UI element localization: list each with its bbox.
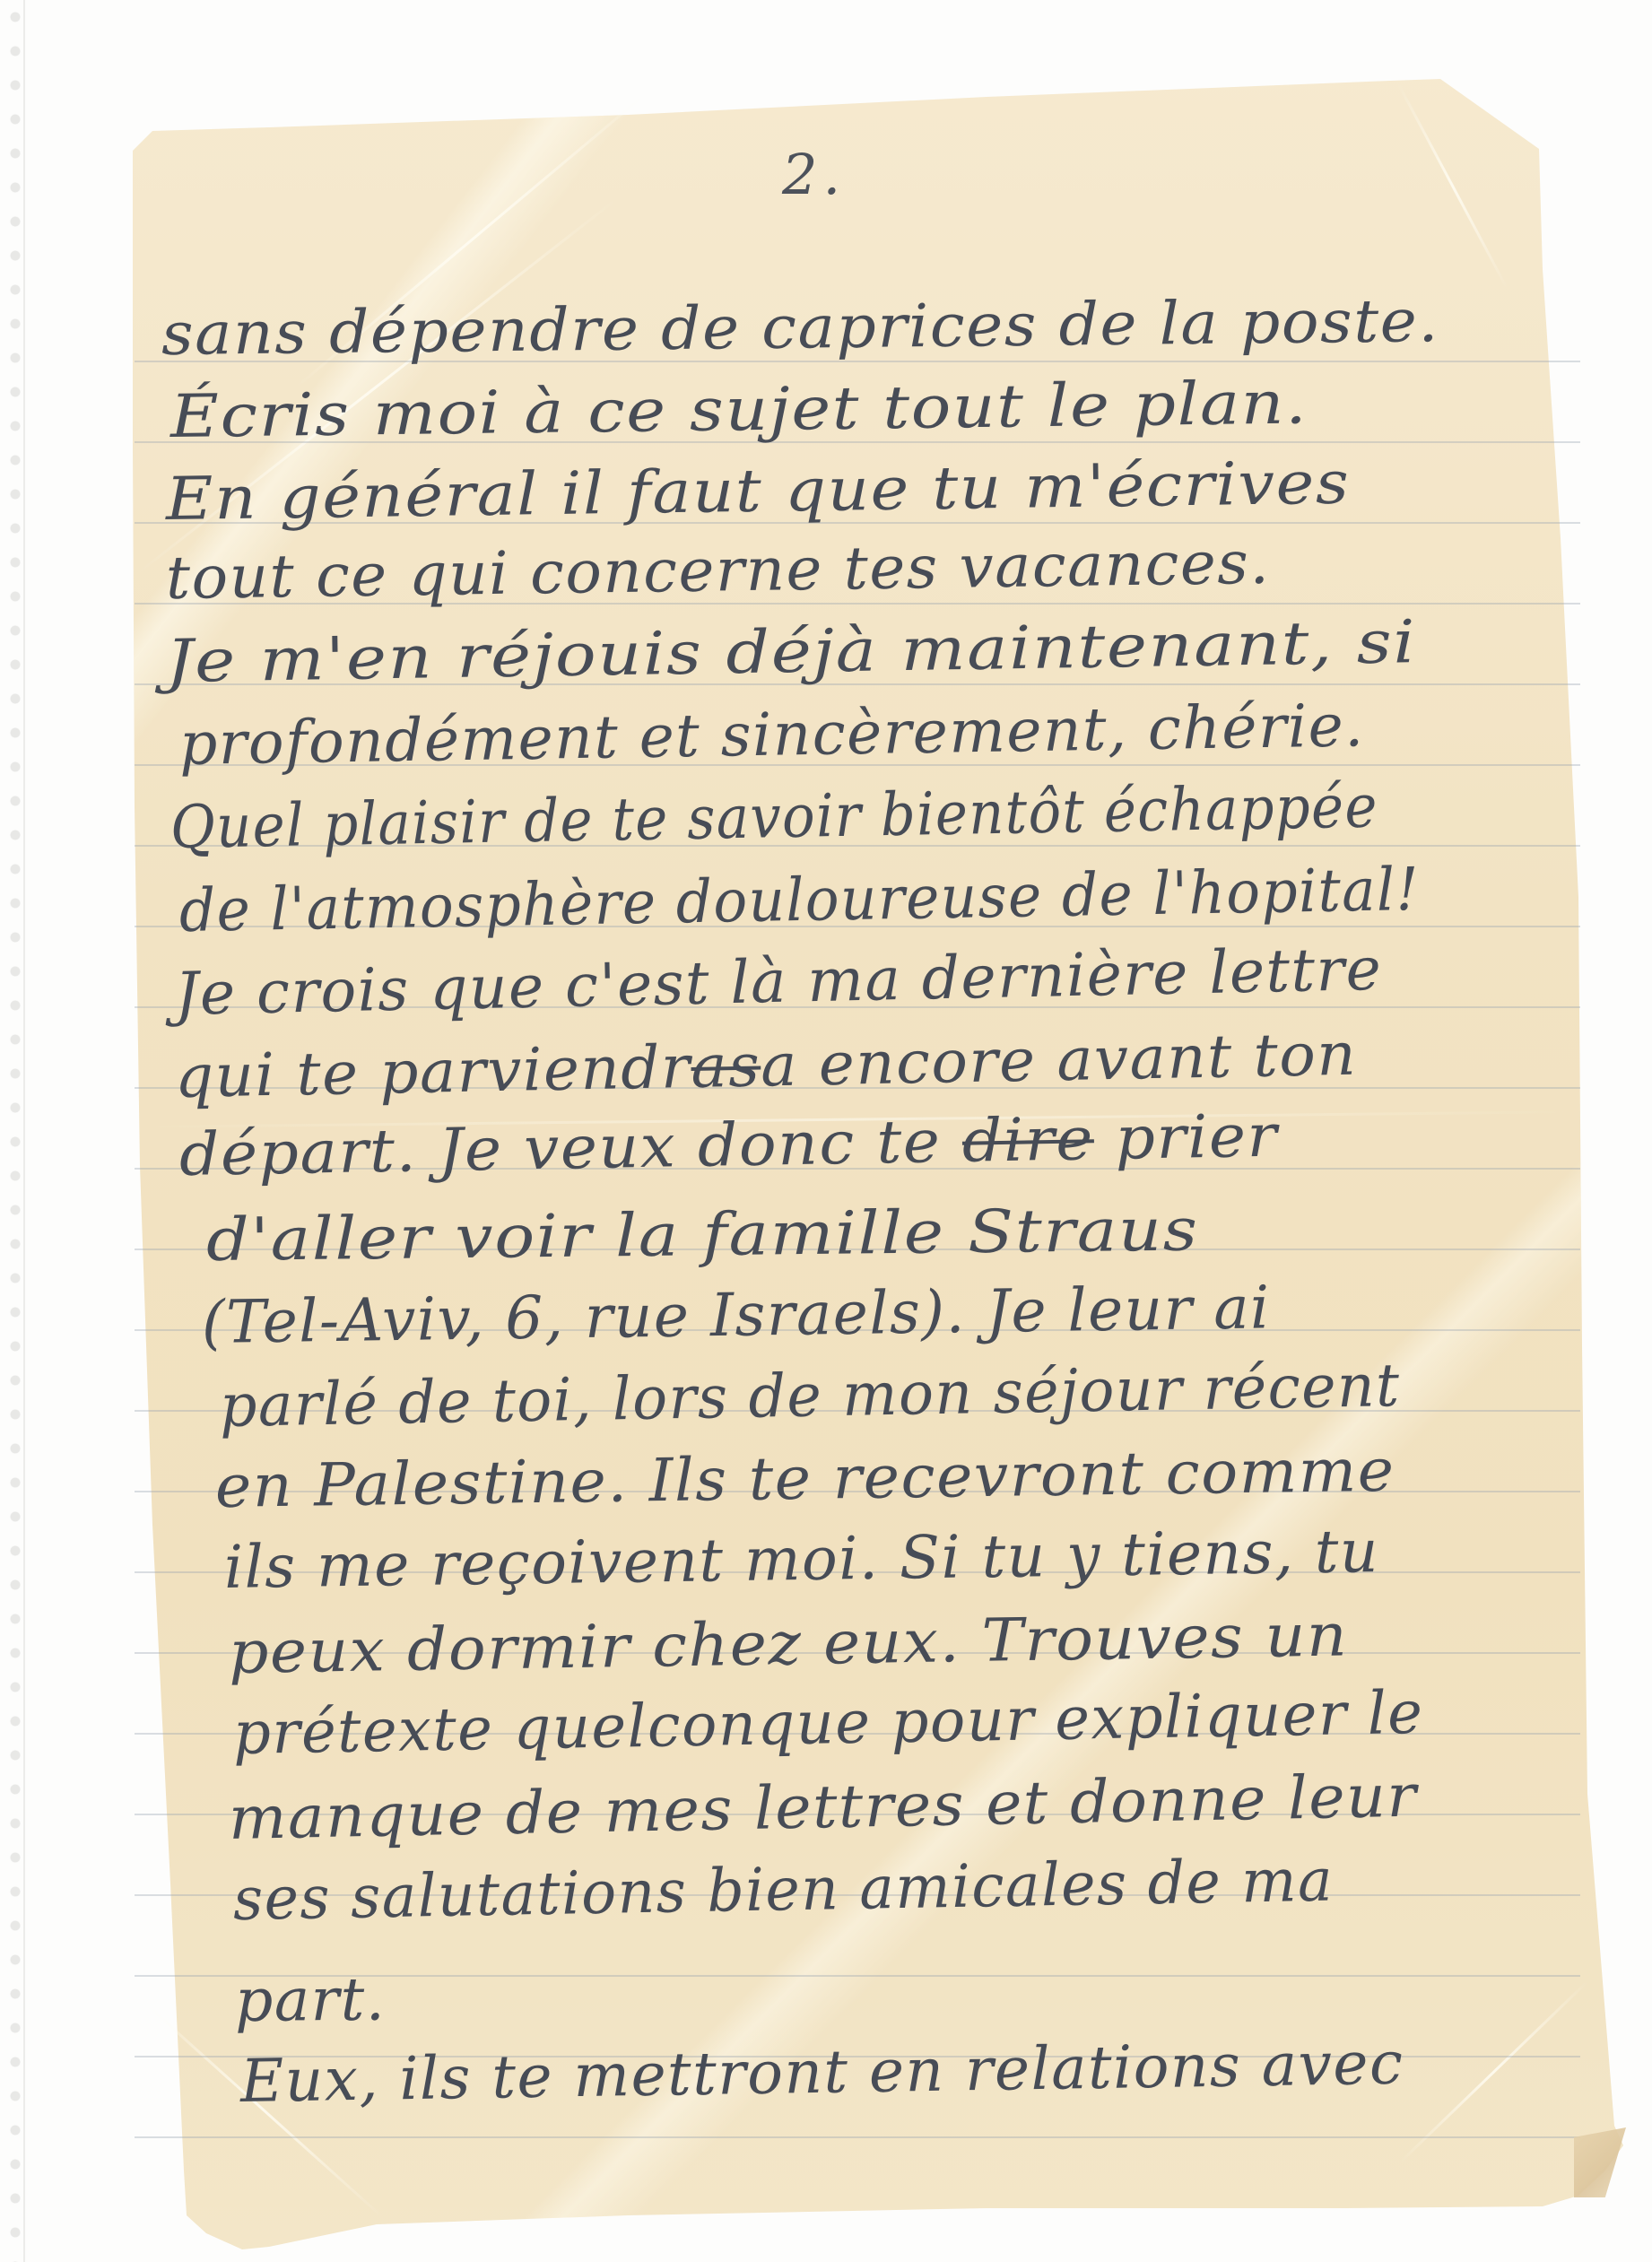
line-text: a encore avant ton <box>760 1020 1357 1101</box>
line-text: prier <box>1093 1101 1279 1174</box>
page-number: 2. <box>782 142 846 207</box>
letter-line: Écris moi à ce sujet tout le plan. <box>170 374 1309 447</box>
letter-line: d'aller voir la famille Straus <box>206 1200 1199 1270</box>
letter-sheet: 2. sans dépendre de caprices de la poste… <box>0 0 1652 2262</box>
letter-line: Eux, ils te mettront en relations avec <box>239 2034 1404 2111</box>
letter-line: profondément et sincèrement, chérie. <box>178 696 1365 774</box>
letter-line: part. <box>235 1971 387 2031</box>
letter-line: ils me reçoivent moi. Si tu y tiens, tu <box>224 1522 1380 1597</box>
struck-out-text: dire <box>961 1104 1094 1176</box>
struck-out-text: as <box>691 1031 761 1101</box>
letter-line: peux dormir chez eux. Trouves un <box>228 1605 1348 1683</box>
folded-corner <box>1574 2127 1626 2197</box>
line-text: départ. Je veux donc te <box>178 1107 962 1189</box>
letter-line: En général il faut que tu m'écrives <box>166 454 1351 529</box>
letter-line: (Tel-Aviv, 6, rue Israels). Je leur ai <box>202 1278 1272 1353</box>
letter-line: en Palestine. Ils te recevront comme <box>215 1441 1396 1517</box>
letter-line: sans dépendre de caprices de la poste. <box>161 291 1440 364</box>
line-text: qui te parviendr <box>174 1032 691 1111</box>
letter-line: tout ce qui concerne tes vacances. <box>166 534 1271 608</box>
ruled-line <box>135 2136 1580 2138</box>
